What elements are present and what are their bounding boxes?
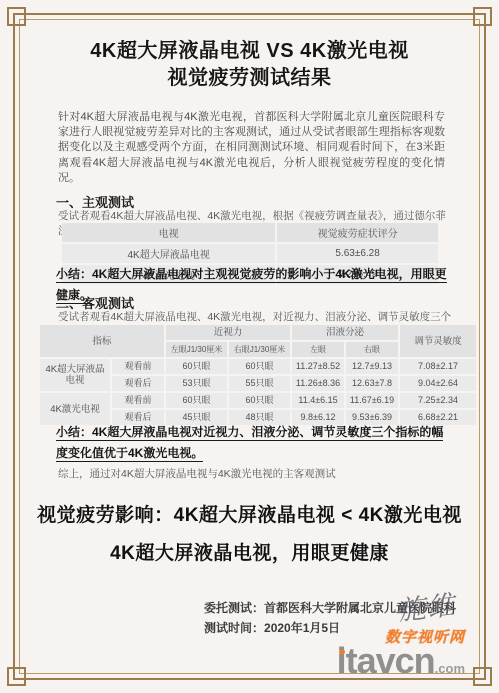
cell-score: 5.63±6.28 [277,244,438,263]
group-header-tear-secretion: 泪液分泌 [292,325,398,340]
objective-table-header-row1: 指标 近视力 泪液分泌 调节灵敏度 [40,325,476,340]
conclusion-final: 4K超大屏液晶电视，用眼更健康 [30,538,469,565]
sub-header-right-eye-jin: 右眼J1/30厘米 [229,342,290,357]
intro-paragraph: 针对4K超大屏液晶电视与4K激光电视，首都医科大学附属北京儿童医院眼科专家进行人… [58,110,445,186]
report-title-line1: 4K超大屏液晶电视 VS 4K激光电视 [40,38,459,65]
conclusion-lead: 综上，通过对4K超大屏液晶电视与4K激光电视的主客观测试 [58,466,336,481]
site-watermark: 数字视听网 itavcn.com [337,630,465,677]
cell-phase: 观看前 [112,359,164,374]
report-page: { "report": { "title_line1": "4K超大屏液晶电视 … [0,0,499,693]
cell-value: 55只眼 [229,376,290,391]
cell-value: 12.7±9.13 [346,359,398,374]
frame-corner-ornament [473,667,492,686]
test-date-value: 2020年1月5日 [264,621,340,635]
cell-value: 12.63±7.8 [346,376,398,391]
objective-table: 指标 近视力 泪液分泌 调节灵敏度 左眼J1/30厘米 右眼J1/30厘米 左眼… [38,323,478,427]
report-title-line2: 视觉疲劳测试结果 [40,65,459,92]
cell-value: 60只眼 [229,393,290,408]
table-row: 4K超大屏液晶电视 观看前 60只眼 60只眼 11.27±8.52 12.7±… [40,359,476,374]
cell-value: 11.67±6.19 [346,393,398,408]
group-header-near-vision: 近视力 [166,325,290,340]
subjective-table-header-row: 电视 视觉疲劳症状评分 [62,223,438,242]
handwritten-signature: 施维 [396,583,458,628]
watermark-brand: itavcn [337,640,435,681]
cell-tv-laser: 4K激光电视 [40,393,110,425]
cell-value: 60只眼 [166,393,227,408]
cell-value: 11.26±8.36 [292,376,344,391]
table-row: 4K激光电视 观看前 60只眼 60只眼 11.4±6.15 11.67±6.1… [40,393,476,408]
table-row: 4K超大屏液晶电视 5.63±6.28 [62,244,438,263]
conclusion-impact: 视觉疲劳影响：4K超大屏液晶电视 < 4K激光电视 [30,500,469,527]
objective-summary: 小结：4K超大屏液晶电视对近视力、泪液分泌、调节灵敏度三个指标的幅度变化值优于4… [56,422,455,464]
cell-phase: 观看前 [112,393,164,408]
cell-value: 53只眼 [166,376,227,391]
cell-tv-lcd: 4K超大屏液晶电视 [40,359,110,391]
cell-phase: 观看后 [112,376,164,391]
cell-value: 11.27±8.52 [292,359,344,374]
col-header-sensitivity: 调节灵敏度 [400,325,476,357]
cell-value: 11.4±6.15 [292,393,344,408]
report-title: 4K超大屏液晶电视 VS 4K激光电视 视觉疲劳测试结果 [40,38,459,92]
cell-value: 7.25±2.34 [400,393,476,408]
watermark-tld: .com [435,661,465,676]
cell-value: 60只眼 [166,359,227,374]
commission-label: 委托测试： [204,601,264,615]
frame-corner-ornament [7,667,26,686]
corner-header: 指标 [40,325,164,357]
sub-header-left-eye-jin: 左眼J1/30厘米 [166,342,227,357]
cell-value: 9.04±2.64 [400,376,476,391]
col-header-score: 视觉疲劳症状评分 [277,223,438,242]
frame-corner-ornament [473,7,492,26]
cell-tv: 4K超大屏液晶电视 [62,244,275,263]
test-date-label: 测试时间： [204,621,264,635]
frame-corner-ornament [7,7,26,26]
col-header-tv: 电视 [62,223,275,242]
sub-header-left-eye: 左眼 [292,342,344,357]
cell-value: 60只眼 [229,359,290,374]
sub-header-right-eye: 右眼 [346,342,398,357]
cell-value: 7.08±2.17 [400,359,476,374]
